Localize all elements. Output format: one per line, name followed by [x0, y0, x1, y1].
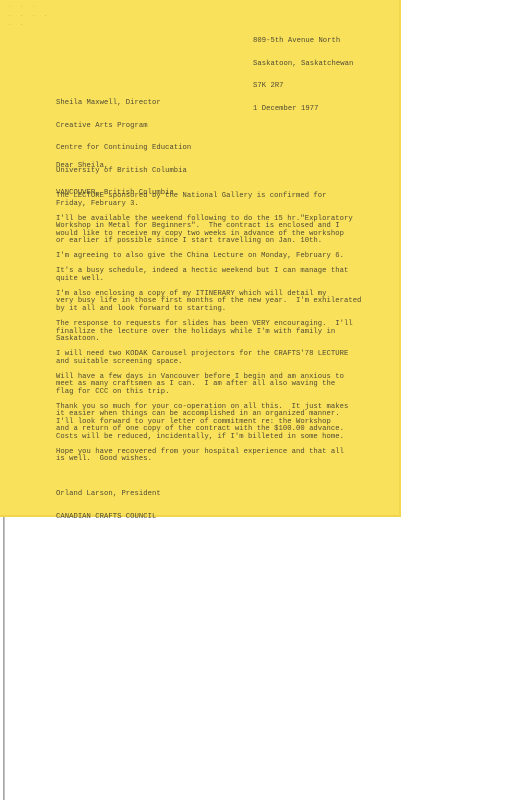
paragraph: Will have a few days in Vancouver before… — [56, 374, 361, 397]
paragraph-line: Costs will be reduced, incidentally, if … — [56, 434, 361, 442]
signature-name: Orland Larson, President — [56, 491, 161, 499]
signature-block: Orland Larson, President CANADIAN CRAFTS… — [56, 476, 161, 536]
scan-marks: · · ·· · · ·· · — [8, 4, 50, 31]
paragraph: I'm also enclosing a copy of my ITINERAR… — [56, 291, 361, 314]
paragraph-line: Saskatoon. — [56, 336, 361, 344]
paragraph: The response to requests for slides has … — [56, 321, 361, 344]
letter-page: · · ·· · · ·· · 809-5th Avenue North Sas… — [0, 0, 401, 517]
paragraph-line: or earlier if possible since I start tra… — [56, 238, 361, 246]
paragraph-line: by it all and look forward to starting. — [56, 306, 361, 314]
paragraph: Thank you so much for your co-operation … — [56, 404, 361, 442]
paragraph: I will need two KODAK Carousel projector… — [56, 351, 361, 366]
paragraph-line: Friday, February 3. — [56, 201, 361, 209]
paragraph-line: quite well. — [56, 276, 361, 284]
address-line: S7K 2R7 — [253, 83, 353, 91]
paragraph: I'll be available the weekend following … — [56, 216, 361, 246]
paragraph-line: finallize the lecture over the holidays … — [56, 329, 361, 337]
paragraph: Hope you have recovered from your hospit… — [56, 449, 361, 464]
sender-address: 809-5th Avenue North Saskatoon, Saskatch… — [253, 23, 353, 128]
signature-organization: CANADIAN CRAFTS COUNCIL — [56, 514, 161, 522]
paragraph-line: is well. Good wishes. — [56, 456, 361, 464]
paragraph: It's a busy schedule, indeed a hectic we… — [56, 268, 361, 283]
letter-date: 1 December 1977 — [253, 106, 353, 114]
salutation: Dear Sheila, — [56, 163, 361, 171]
address-line: Saskatoon, Saskatchewan — [253, 61, 353, 69]
salutation-text: Dear Sheila, — [56, 163, 361, 171]
recipient-line: Sheila Maxwell, Director — [56, 100, 191, 108]
letter-body: Dear Sheila, The LECTURE sponsored by th… — [56, 148, 361, 472]
paragraph-line: flag for CCC on this trip. — [56, 389, 361, 397]
address-line: 809-5th Avenue North — [253, 38, 353, 46]
scan-edge-line — [3, 517, 5, 800]
paragraph: I'm agreeing to also give the China Lect… — [56, 253, 361, 261]
paragraph-line: and suitable screening space. — [56, 359, 361, 367]
recipient-line: Creative Arts Program — [56, 123, 191, 131]
paragraph-line: I'm agreeing to also give the China Lect… — [56, 253, 361, 261]
paragraph: The LECTURE sponsored by the National Ga… — [56, 193, 361, 208]
